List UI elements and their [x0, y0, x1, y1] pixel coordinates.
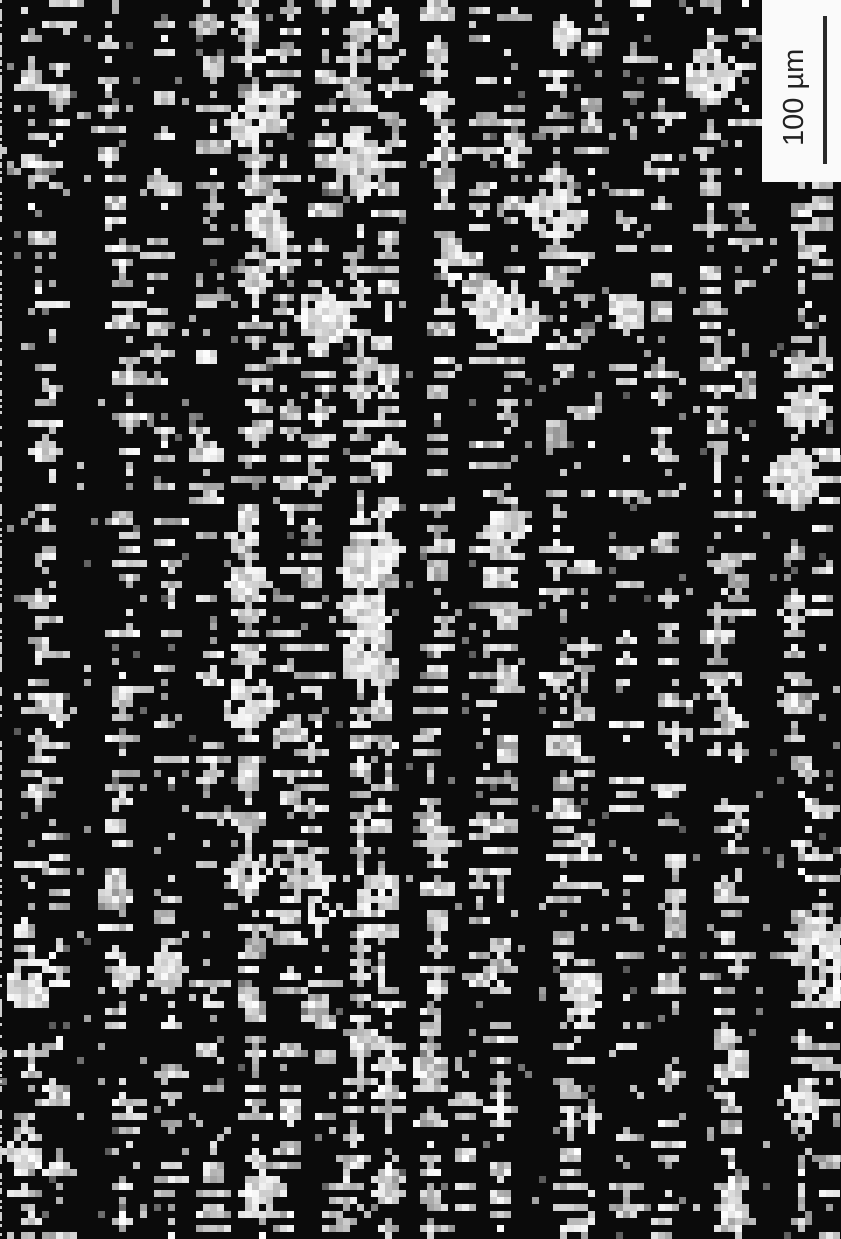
micrograph-image [0, 0, 841, 1239]
micrograph-figure: 100 µm [0, 0, 841, 1239]
scale-bar-box: 100 µm [762, 0, 841, 182]
scale-bar-line [823, 16, 827, 164]
scale-bar-label: 100 µm [780, 49, 809, 146]
